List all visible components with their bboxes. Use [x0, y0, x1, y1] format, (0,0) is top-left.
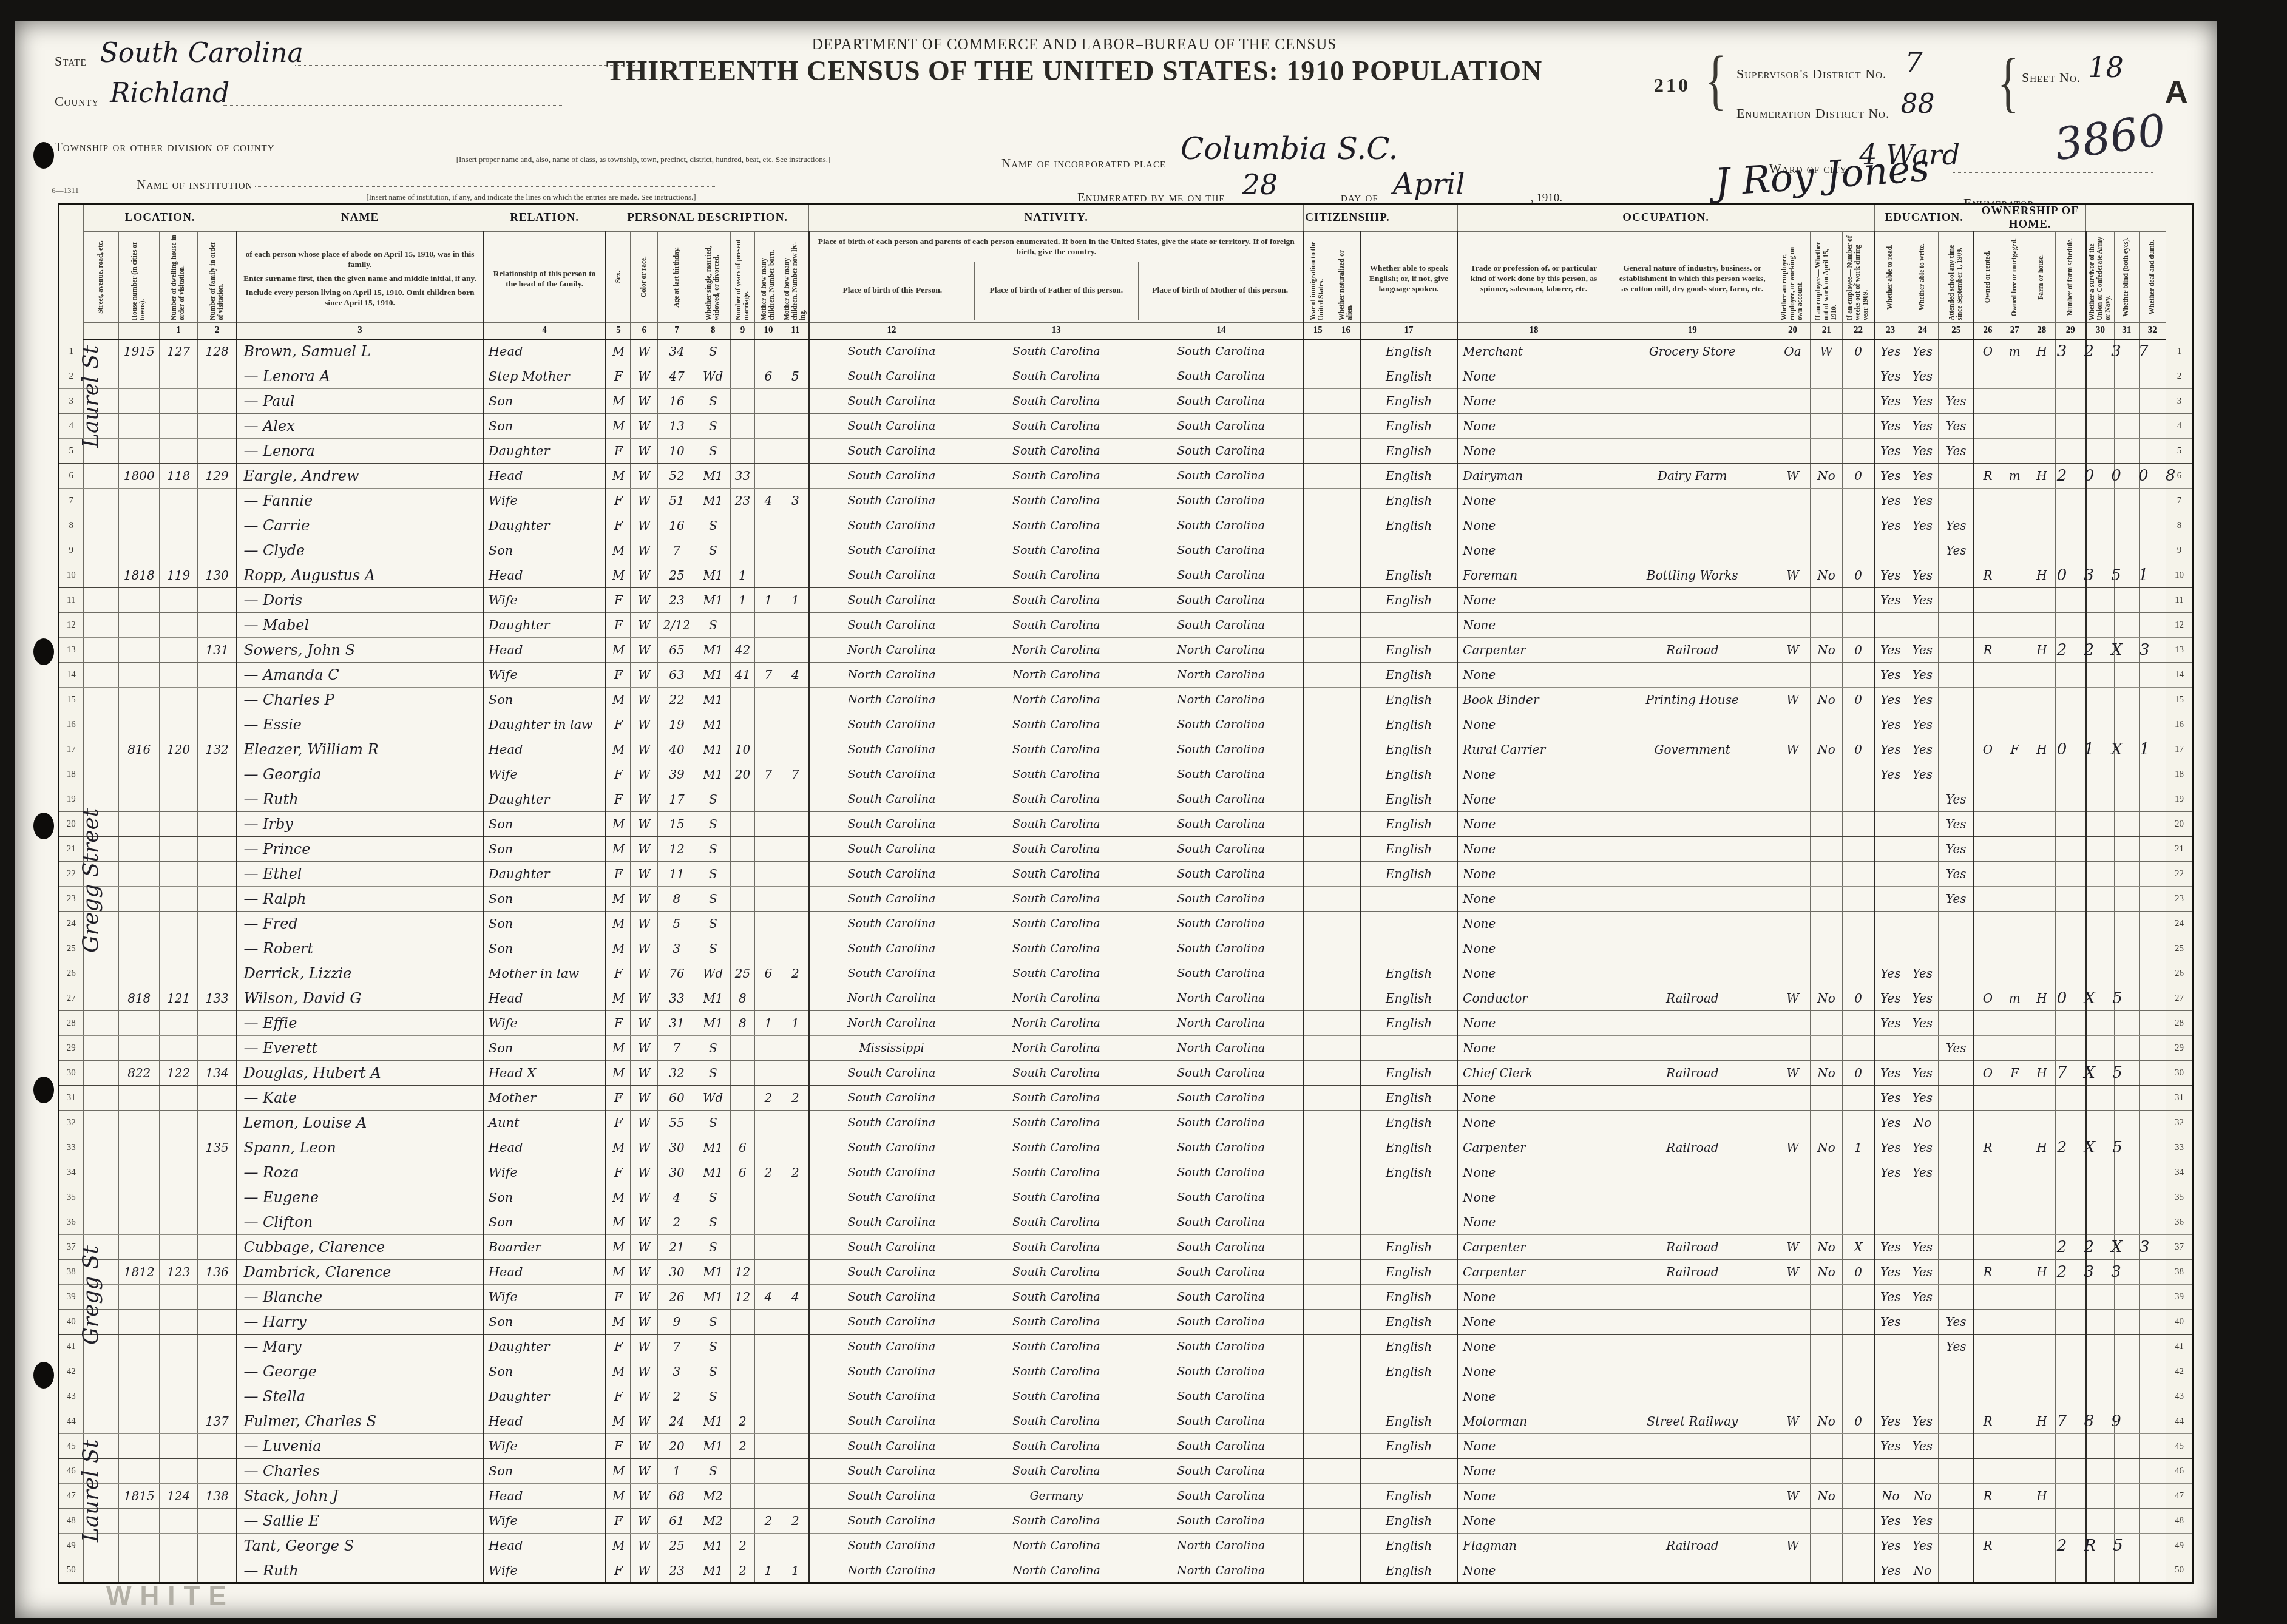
- cell-mother-birthplace: South Carolina: [1139, 1111, 1304, 1135]
- cell-father-birthplace: South Carolina: [974, 1235, 1139, 1260]
- cell-farm-schedule: [2055, 1310, 2086, 1335]
- cell-years-married: [730, 1459, 755, 1484]
- cell-sex: M: [606, 737, 631, 762]
- line-number-right: 33: [2166, 1135, 2194, 1160]
- cell-relation: Wife: [483, 1160, 606, 1185]
- line-number-right: 3: [2166, 389, 2194, 414]
- cell-immigration-year: [1304, 414, 1332, 439]
- cell-owned-rented: [1974, 862, 2001, 887]
- cell-sex: M: [606, 1036, 631, 1061]
- cell-marital-status: M1: [696, 762, 730, 787]
- cell-owned-rented: R: [1974, 1534, 2001, 1558]
- cell-marital-status: M1: [696, 1011, 730, 1036]
- cell-employer-status: W: [1775, 1409, 1811, 1434]
- line-number-right: 18: [2166, 762, 2194, 787]
- line-number-right: 45: [2166, 1434, 2194, 1459]
- cell-immigration-year: [1304, 1534, 1332, 1558]
- cell-can-read: Yes: [1874, 389, 1906, 414]
- line-number-right: 1: [2166, 339, 2194, 364]
- cell-mother-birthplace: South Carolina: [1139, 1409, 1304, 1434]
- cell-marital-status: M2: [696, 1484, 730, 1509]
- cell-family-number: [198, 1210, 237, 1235]
- cell-house-number: [119, 961, 160, 986]
- table-row: 11— DorisWifeFW23M1111South CarolinaSout…: [59, 588, 2194, 613]
- cell-veteran: [2086, 1359, 2115, 1384]
- cell-birthplace: South Carolina: [809, 1086, 974, 1111]
- cell-owned-rented: R: [1974, 1135, 2001, 1160]
- cell-veteran: [2086, 887, 2115, 912]
- cell-speaks-english: English: [1360, 1335, 1457, 1359]
- hole-punch: [33, 638, 54, 665]
- cell-naturalized: [1332, 588, 1360, 613]
- cell-house-number: [119, 1459, 160, 1484]
- cell-name: Eargle, Andrew: [237, 464, 483, 489]
- cell-speaks-english: English: [1360, 1434, 1457, 1459]
- cell-blind: [2114, 538, 2139, 563]
- cell-farm-house: [2028, 364, 2056, 389]
- cell-out-of-work: No: [1811, 638, 1843, 663]
- line-number-right: 24: [2166, 912, 2194, 936]
- line-number-right: 32: [2166, 1111, 2194, 1135]
- line-number-right: 37: [2166, 1235, 2194, 1260]
- cell-years-married: 1: [730, 588, 755, 613]
- cell-farm-house: [2028, 1111, 2056, 1135]
- cell-owned-rented: [1974, 688, 2001, 712]
- cell-attended-school: [1939, 613, 1974, 638]
- cell-can-read: [1874, 1359, 1906, 1384]
- line-number-right: 28: [2166, 1011, 2194, 1036]
- column-number-marital-status: 8: [696, 323, 730, 339]
- cell-mother-birthplace: South Carolina: [1139, 489, 1304, 513]
- table-row: 41— MaryDaughterFW7SSouth CarolinaSouth …: [59, 1335, 2194, 1359]
- cell-employer-status: [1775, 812, 1811, 837]
- cell-trade: None: [1457, 712, 1610, 737]
- column-desc-years-married: Number of years of present marriage.: [735, 234, 751, 320]
- cell-years-married: [730, 1509, 755, 1534]
- cell-can-write: Yes: [1906, 563, 1939, 588]
- cell-free-mortgaged: [2001, 1509, 2028, 1534]
- cell-owned-rented: [1974, 1235, 2001, 1260]
- cell-veteran: [2086, 762, 2115, 787]
- cell-name: — Sallie E: [237, 1509, 483, 1534]
- table-row: 20— IrbySonMW15SSouth CarolinaSouth Caro…: [59, 812, 2194, 837]
- cell-naturalized: [1332, 1160, 1360, 1185]
- cell-children-living: [782, 936, 809, 961]
- cell-speaks-english: English: [1360, 1285, 1457, 1310]
- cell-can-read: Yes: [1874, 638, 1906, 663]
- cell-can-read: Yes: [1874, 1111, 1906, 1135]
- cell-marital-status: M1: [696, 1285, 730, 1310]
- cell-can-write: Yes: [1906, 439, 1939, 464]
- cell-name: — Effie: [237, 1011, 483, 1036]
- cell-sex: M: [606, 936, 631, 961]
- cell-farm-house: H: [2028, 1135, 2056, 1160]
- cell-trade: Foreman: [1457, 563, 1610, 588]
- cell-family-number: [198, 887, 237, 912]
- cell-sex: M: [606, 638, 631, 663]
- cell-house-number: [119, 1558, 160, 1583]
- cell-immigration-year: [1304, 1135, 1332, 1160]
- cell-naturalized: [1332, 1036, 1360, 1061]
- cell-children-born: [755, 712, 782, 737]
- cell-color: W: [631, 588, 658, 613]
- cell-owned-rented: [1974, 762, 2001, 787]
- cell-naturalized: [1332, 1011, 1360, 1036]
- cell-veteran: [2086, 1210, 2115, 1235]
- cell-veteran: [2086, 862, 2115, 887]
- cell-years-married: [730, 812, 755, 837]
- cell-farm-house: H: [2028, 1260, 2056, 1285]
- cell-age: 30: [658, 1135, 696, 1160]
- column-desc-children-born: Mother of how many children. Num­ber bor…: [761, 234, 776, 320]
- cell-veteran: [2086, 1185, 2115, 1210]
- cell-out-of-work: No: [1811, 1061, 1843, 1086]
- cell-relation: Son: [483, 688, 606, 712]
- cell-house-number: [119, 364, 160, 389]
- cell-farm-house: [2028, 1534, 2056, 1558]
- column-number-blind: 31: [2114, 323, 2139, 339]
- cell-can-read: Yes: [1874, 1310, 1906, 1335]
- cell-owned-rented: [1974, 1384, 2001, 1409]
- cell-birthplace: South Carolina: [809, 1061, 974, 1086]
- table-row: 42— GeorgeSonMW3SSouth CarolinaSouth Car…: [59, 1359, 2194, 1384]
- table-row: 48— Sallie EWifeFW61M222South CarolinaSo…: [59, 1509, 2194, 1534]
- cell-family-number: [198, 389, 237, 414]
- cell-free-mortgaged: [2001, 588, 2028, 613]
- cell-out-of-work: [1811, 513, 1843, 538]
- cell-father-birthplace: South Carolina: [974, 489, 1139, 513]
- cell-name: Ropp, Augustus A: [237, 563, 483, 588]
- cell-years-married: [730, 912, 755, 936]
- cell-weeks-out: [1842, 1534, 1874, 1558]
- cell-dwelling-number: [160, 1335, 198, 1359]
- cell-attended-school: [1939, 1459, 1974, 1484]
- cell-attended-school: [1939, 563, 1974, 588]
- cell-children-born: [755, 688, 782, 712]
- column-group-personal-description-: PERSONAL DESCRIPTION.: [606, 204, 808, 232]
- cell-trade: None: [1457, 588, 1610, 613]
- cell-immigration-year: [1304, 1260, 1332, 1285]
- cell-naturalized: [1332, 1434, 1360, 1459]
- cell-dwelling-number: 124: [160, 1484, 198, 1509]
- cell-blind: [2114, 1160, 2139, 1185]
- cell-veteran: [2086, 513, 2115, 538]
- cell-weeks-out: [1842, 712, 1874, 737]
- cell-farm-house: [2028, 961, 2056, 986]
- cell-birthplace: North Carolina: [809, 986, 974, 1011]
- cell-owned-rented: [1974, 538, 2001, 563]
- cell-immigration-year: [1304, 1011, 1332, 1036]
- cell-deaf: [2139, 986, 2166, 1011]
- line-number-right: 35: [2166, 1185, 2194, 1210]
- cell-naturalized: [1332, 439, 1360, 464]
- cell-children-born: [755, 986, 782, 1011]
- cell-speaks-english: [1360, 912, 1457, 936]
- cell-farm-schedule: 0 3 5 1: [2055, 563, 2086, 588]
- cell-mother-birthplace: South Carolina: [1139, 563, 1304, 588]
- line-number-left: 7: [59, 489, 84, 513]
- cell-birthplace: South Carolina: [809, 1509, 974, 1534]
- cell-can-read: [1874, 812, 1906, 837]
- cell-color: W: [631, 1534, 658, 1558]
- cell-years-married: [730, 364, 755, 389]
- cell-sex: F: [606, 1111, 631, 1135]
- column-desc-age: Age at last birth­day.: [673, 247, 681, 308]
- cell-naturalized: [1332, 1260, 1360, 1285]
- cell-out-of-work: [1811, 1335, 1843, 1359]
- cell-blind: [2114, 1011, 2139, 1036]
- cell-blind: [2114, 414, 2139, 439]
- cell-children-born: [755, 1061, 782, 1086]
- cell-blind: [2114, 1310, 2139, 1335]
- cell-father-birthplace: South Carolina: [974, 1111, 1139, 1135]
- cell-years-married: [730, 1359, 755, 1384]
- cell-owned-rented: [1974, 389, 2001, 414]
- cell-years-married: 8: [730, 1011, 755, 1036]
- cell-can-write: Yes: [1906, 1509, 1939, 1534]
- cell-name: — Clifton: [237, 1210, 483, 1235]
- cell-employer-status: W: [1775, 1534, 1811, 1558]
- cell-relation: Boarder: [483, 1235, 606, 1260]
- cell-children-born: [755, 1260, 782, 1285]
- cell-free-mortgaged: [2001, 887, 2028, 912]
- column-desc-dwelling-number: Number of dwelling house in order of vis…: [171, 234, 186, 320]
- cell-can-read: [1874, 538, 1906, 563]
- cell-naturalized: [1332, 1558, 1360, 1583]
- cell-attended-school: [1939, 1409, 1974, 1434]
- cell-blind: [2114, 762, 2139, 787]
- cell-father-birthplace: South Carolina: [974, 513, 1139, 538]
- cell-house-number: [119, 1086, 160, 1111]
- cell-children-living: [782, 538, 809, 563]
- cell-children-born: [755, 862, 782, 887]
- cell-age: 17: [658, 787, 696, 812]
- cell-employer-status: W: [1775, 1235, 1811, 1260]
- cell-naturalized: [1332, 712, 1360, 737]
- cell-can-write: [1906, 1036, 1939, 1061]
- cell-out-of-work: [1811, 936, 1843, 961]
- cell-can-read: [1874, 1210, 1906, 1235]
- cell-out-of-work: [1811, 1558, 1843, 1583]
- column-desc-relation: Relationship of this per­son to the head…: [485, 264, 605, 291]
- cell-birthplace: South Carolina: [809, 1384, 974, 1409]
- cell-speaks-english: English: [1360, 1011, 1457, 1036]
- cell-attended-school: [1939, 1285, 1974, 1310]
- cell-color: W: [631, 464, 658, 489]
- cell-trade: None: [1457, 812, 1610, 837]
- cell-farm-house: [2028, 538, 2056, 563]
- cell-children-living: [782, 1484, 809, 1509]
- cell-attended-school: [1939, 1160, 1974, 1185]
- cell-family-number: [198, 1011, 237, 1036]
- cell-out-of-work: [1811, 414, 1843, 439]
- cell-free-mortgaged: [2001, 364, 2028, 389]
- cell-trade: None: [1457, 1459, 1610, 1484]
- cell-color: W: [631, 364, 658, 389]
- cell-veteran: [2086, 1310, 2115, 1335]
- cell-employer-status: [1775, 1310, 1811, 1335]
- cell-color: W: [631, 1285, 658, 1310]
- cell-house-number: [119, 1409, 160, 1434]
- cell-trade: None: [1457, 364, 1610, 389]
- cell-weeks-out: 0: [1842, 563, 1874, 588]
- cell-age: 7: [658, 538, 696, 563]
- cell-veteran: [2086, 1111, 2115, 1135]
- cell-industry: [1610, 1434, 1775, 1459]
- cell-naturalized: [1332, 1111, 1360, 1135]
- cell-children-born: 6: [755, 961, 782, 986]
- cell-weeks-out: [1842, 1036, 1874, 1061]
- cell-can-read: No: [1874, 1484, 1906, 1509]
- cell-deaf: [2139, 1310, 2166, 1335]
- cell-deaf: [2139, 936, 2166, 961]
- cell-house-number: [119, 688, 160, 712]
- cell-house-number: [119, 787, 160, 812]
- cell-naturalized: [1332, 1509, 1360, 1534]
- cell-deaf: [2139, 787, 2166, 812]
- cell-attended-school: [1939, 1011, 1974, 1036]
- cell-color: W: [631, 688, 658, 712]
- cell-house-number: [119, 1235, 160, 1260]
- cell-weeks-out: [1842, 912, 1874, 936]
- cell-naturalized: [1332, 1086, 1360, 1111]
- cell-children-born: [755, 563, 782, 588]
- cell-birthplace: South Carolina: [809, 1459, 974, 1484]
- column-header-birthplace: Place of birth of each person and parent…: [809, 232, 1304, 323]
- cell-attended-school: [1939, 1061, 1974, 1086]
- cell-sex: F: [606, 1285, 631, 1310]
- cell-blind: [2114, 812, 2139, 837]
- table-row: 21— PrinceSonMW12SSouth CarolinaSouth Ca…: [59, 837, 2194, 862]
- cell-free-mortgaged: [2001, 389, 2028, 414]
- cell-can-read: Yes: [1874, 712, 1906, 737]
- cell-color: W: [631, 787, 658, 812]
- cell-blind: [2114, 1459, 2139, 1484]
- cell-industry: Railroad: [1610, 1534, 1775, 1558]
- cell-dwelling-number: [160, 364, 198, 389]
- cell-blind: [2114, 389, 2139, 414]
- cell-relation: Son: [483, 936, 606, 961]
- cell-industry: [1610, 1484, 1775, 1509]
- cell-mother-birthplace: South Carolina: [1139, 1260, 1304, 1285]
- cell-industry: [1610, 1011, 1775, 1036]
- cell-out-of-work: [1811, 364, 1843, 389]
- township-label: Township or other division of county: [55, 140, 275, 154]
- cell-free-mortgaged: [2001, 688, 2028, 712]
- cell-years-married: [730, 1384, 755, 1409]
- cell-naturalized: [1332, 563, 1360, 588]
- cell-family-number: 137: [198, 1409, 237, 1434]
- cell-deaf: [2139, 1061, 2166, 1086]
- cell-free-mortgaged: [2001, 1459, 2028, 1484]
- cell-deaf: [2139, 489, 2166, 513]
- cell-father-birthplace: North Carolina: [974, 1534, 1139, 1558]
- cell-speaks-english: English: [1360, 862, 1457, 887]
- cell-mother-birthplace: North Carolina: [1139, 1558, 1304, 1583]
- cell-children-born: [755, 1135, 782, 1160]
- cell-employer-status: [1775, 1285, 1811, 1310]
- cell-free-mortgaged: [2001, 1335, 2028, 1359]
- cell-can-read: [1874, 1185, 1906, 1210]
- cell-sex: M: [606, 887, 631, 912]
- cell-mother-birthplace: South Carolina: [1139, 812, 1304, 837]
- cell-attended-school: Yes: [1939, 513, 1974, 538]
- table-row: 27818121133Wilson, David GHeadMW33M18Nor…: [59, 986, 2194, 1011]
- cell-employer-status: [1775, 1111, 1811, 1135]
- cell-employer-status: [1775, 414, 1811, 439]
- cell-dwelling-number: [160, 837, 198, 862]
- cell-relation: Son: [483, 1310, 606, 1335]
- cell-age: 51: [658, 489, 696, 513]
- cell-family-number: [198, 1558, 237, 1583]
- cell-age: 16: [658, 389, 696, 414]
- cell-farm-schedule: [2055, 688, 2086, 712]
- cell-attended-school: Yes: [1939, 1036, 1974, 1061]
- line-number-right: 19: [2166, 787, 2194, 812]
- cell-can-read: Yes: [1874, 737, 1906, 762]
- cell-age: 4: [658, 1185, 696, 1210]
- cell-blind: [2114, 1185, 2139, 1210]
- cell-blind: [2114, 1111, 2139, 1135]
- line-number-right: 36: [2166, 1210, 2194, 1235]
- cell-mother-birthplace: South Carolina: [1139, 912, 1304, 936]
- column-header-house-number: House number (in cities or towns).: [119, 232, 160, 323]
- line-number-left: 9: [59, 538, 84, 563]
- cell-birthplace: South Carolina: [809, 613, 974, 638]
- cell-birthplace: South Carolina: [809, 1185, 974, 1210]
- table-row: 15— Charles PSonMW22M1North CarolinaNort…: [59, 688, 2194, 712]
- cell-trade: Carpenter: [1457, 638, 1610, 663]
- cell-industry: Grocery Store: [1610, 339, 1775, 364]
- line-number-right: 21: [2166, 837, 2194, 862]
- cell-birthplace: South Carolina: [809, 1434, 974, 1459]
- cell-family-number: [198, 613, 237, 638]
- cell-deaf: [2139, 1210, 2166, 1235]
- cell-owned-rented: [1974, 1310, 2001, 1335]
- cell-farm-schedule: [2055, 1558, 2086, 1583]
- cell-can-write: Yes: [1906, 1135, 1939, 1160]
- cell-birthplace: South Carolina: [809, 1310, 974, 1335]
- cell-veteran: [2086, 1285, 2115, 1310]
- line-number-right: 23: [2166, 887, 2194, 912]
- cell-father-birthplace: South Carolina: [974, 563, 1139, 588]
- cell-house-number: [119, 1509, 160, 1534]
- column-desc-immigration-year: Year of immigra­tion to the United State…: [1310, 234, 1326, 320]
- cell-weeks-out: [1842, 1285, 1874, 1310]
- cell-deaf: [2139, 613, 2166, 638]
- cell-deaf: [2139, 1509, 2166, 1534]
- cell-mother-birthplace: South Carolina: [1139, 538, 1304, 563]
- cell-years-married: [730, 862, 755, 887]
- cell-age: 63: [658, 663, 696, 688]
- cell-years-married: 10: [730, 737, 755, 762]
- cell-veteran: [2086, 787, 2115, 812]
- cell-free-mortgaged: [2001, 837, 2028, 862]
- cell-deaf: [2139, 837, 2166, 862]
- cell-veteran: [2086, 812, 2115, 837]
- cell-free-mortgaged: [2001, 912, 2028, 936]
- cell-deaf: [2139, 1111, 2166, 1135]
- cell-name: Stack, John J: [237, 1484, 483, 1509]
- cell-years-married: 2: [730, 1534, 755, 1558]
- column-desc-out-of-work: If an employee— Wheth­er out of work on …: [1815, 234, 1838, 320]
- cell-out-of-work: [1811, 1210, 1843, 1235]
- cell-deaf: [2139, 1335, 2166, 1359]
- cell-farm-house: [2028, 812, 2056, 837]
- cell-children-living: [782, 1061, 809, 1086]
- cell-can-write: Yes: [1906, 389, 1939, 414]
- cell-weeks-out: [1842, 1335, 1874, 1359]
